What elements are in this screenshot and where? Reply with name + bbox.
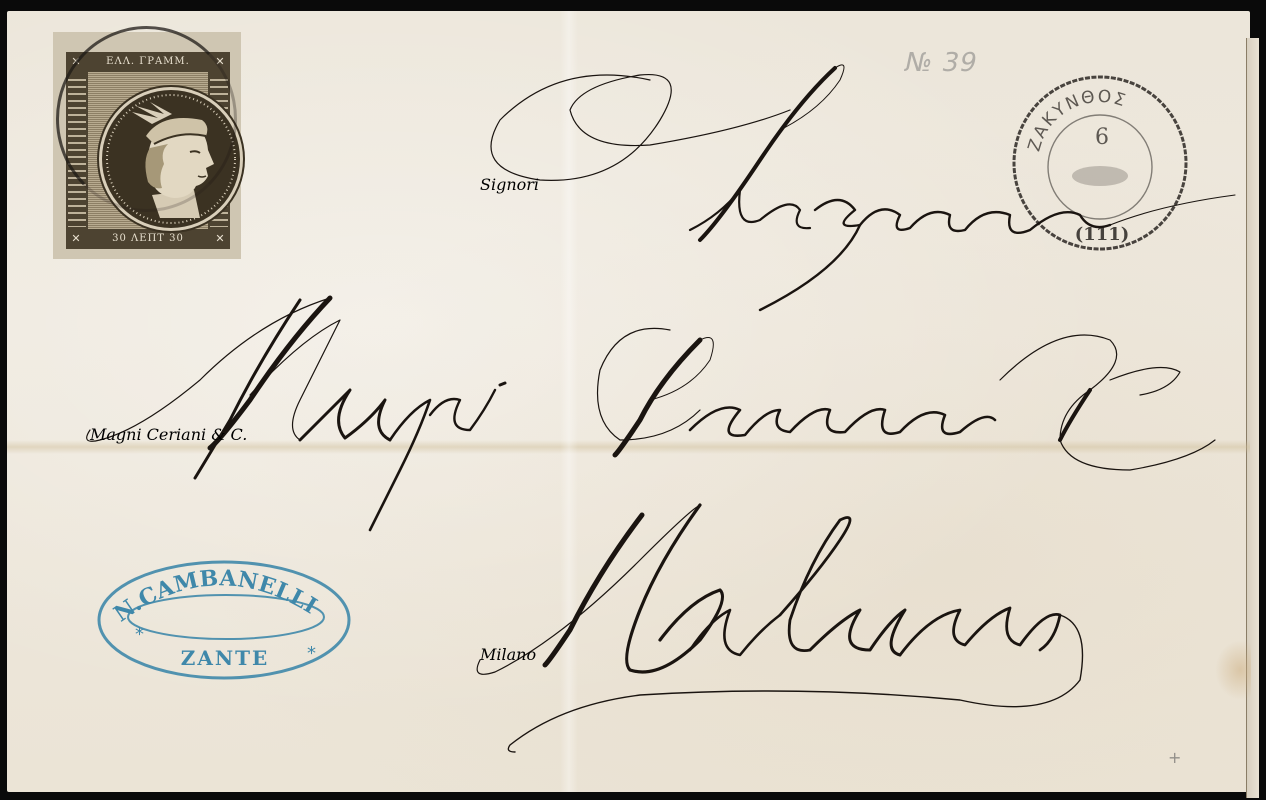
handwritten-address: Signori Magni Ceriani & C. Milano [0,0,1266,800]
addressee-text: Magni Ceriani & C. [89,425,247,444]
address-line-salutation [491,65,1235,310]
address-line-addressee [87,298,1215,530]
city-text: Milano [479,645,536,664]
salutation-text: Signori [480,175,539,194]
address-line-city [477,505,1082,752]
